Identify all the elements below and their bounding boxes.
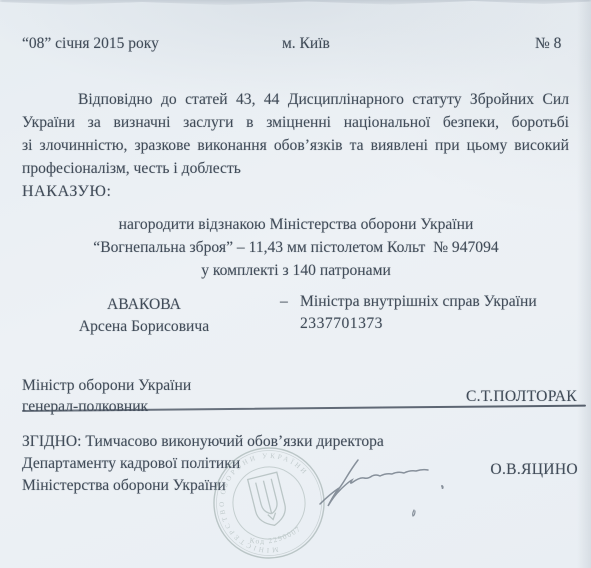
awardee-dash: – bbox=[280, 293, 288, 311]
preamble-line: професіоналізм, честь і доблесть bbox=[22, 157, 569, 180]
trident-icon bbox=[248, 472, 289, 529]
document-date: “08” січня 2015 року bbox=[22, 35, 159, 53]
document-city: м. Київ bbox=[282, 35, 330, 53]
award-clause-line: нагородити відзнакою Міністерства оборон… bbox=[40, 213, 552, 236]
preamble-paragraph: Відповідно до статей 43, 44 Дисциплінарн… bbox=[22, 88, 569, 180]
page-edge-shadow bbox=[577, 0, 591, 568]
award-clause: нагородити відзнакою Міністерства оборон… bbox=[40, 213, 552, 282]
scanned-order-document: “08” січня 2015 року м. Київ № 8 Відпові… bbox=[0, 0, 591, 568]
approver-name: О.В.ЯЦИНО bbox=[490, 461, 578, 479]
award-clause-line: “Вогнепальна зброя” – 11,43 мм пістолето… bbox=[40, 236, 552, 259]
awardee-surname: АВАКОВА bbox=[68, 294, 220, 316]
awardee-id-number: 2337701373 bbox=[300, 315, 383, 333]
signature-scribble bbox=[308, 448, 458, 523]
preamble-line: України за визначні заслуги в зміцненні … bbox=[22, 111, 569, 134]
document-number: № 8 bbox=[535, 35, 561, 53]
awardee-given-name: Арсена Борисовича bbox=[68, 316, 220, 338]
handwritten-signature bbox=[308, 448, 458, 523]
torn-edge-shadow bbox=[0, 0, 591, 7]
awardee-name-block: АВАКОВА Арсена Борисовича bbox=[68, 294, 220, 337]
minister-name: С.Т.ПОЛТОРАК bbox=[466, 388, 577, 406]
award-clause-line: у комплекті з 140 патронами bbox=[40, 259, 552, 282]
awardee-title: Міністра внутрішніх справ України bbox=[300, 293, 537, 311]
preamble-line: зі злочинністю, зразкове виконання обов’… bbox=[22, 134, 569, 157]
minister-rank-line: генерал-полковник bbox=[22, 396, 191, 417]
minister-position-line: Міністр оборони України bbox=[22, 375, 191, 396]
order-heading: НАКАЗУЮ: bbox=[22, 183, 112, 201]
preamble-line: Відповідно до статей 43, 44 Дисциплінарн… bbox=[22, 88, 569, 111]
